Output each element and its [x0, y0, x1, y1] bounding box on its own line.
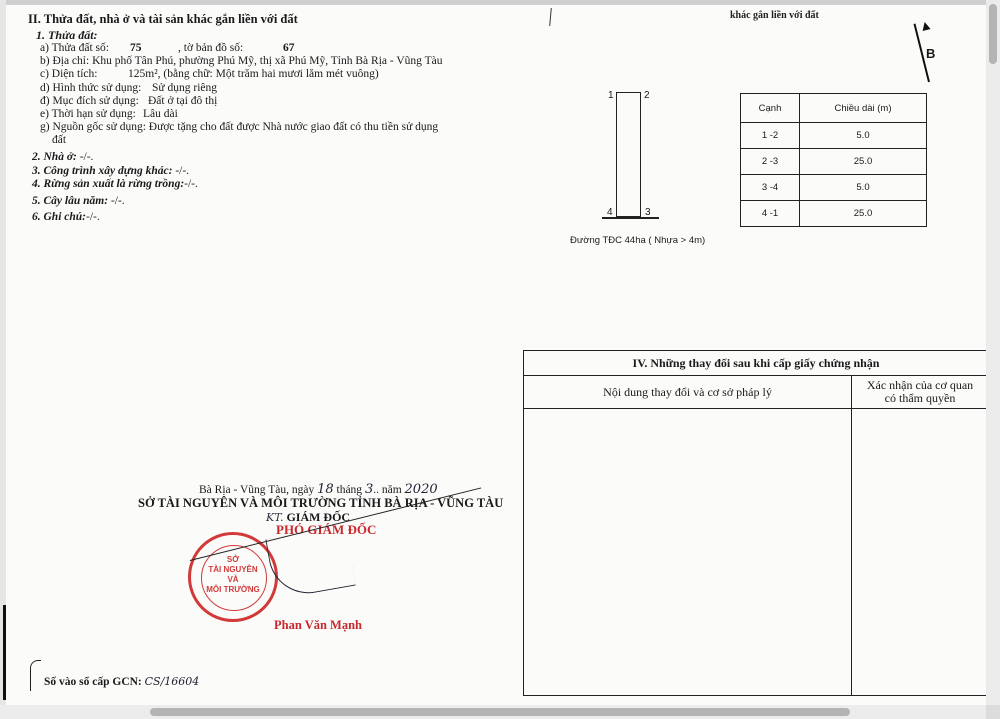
registry-label: Số vào sổ cấp GCN: [44, 676, 142, 688]
top-text-fragment: khác gắn liền với đất [730, 10, 819, 21]
handwritten-signature [265, 525, 355, 599]
parcel-heading: 1. Thửa đất: [36, 28, 98, 43]
parcel-number-line: a) Thửa đất số: 75 , tờ bản đồ số: 67 [40, 42, 109, 54]
stamp-line-4: MÔI TRƯỜNG [191, 585, 275, 595]
usage-origin-line: g) Nguồn gốc sử dụng: Được tặng cho đất … [40, 121, 438, 133]
handwritten-mark-icon [30, 660, 41, 691]
item-house-label: 2. Nhà ở: [32, 151, 77, 163]
official-red-stamp: SỞ TÀI NGUYÊN VÀ MÔI TRƯỜNG [188, 532, 278, 622]
road-label: Đường TĐC 44ha ( Nhựa > 4m) [570, 235, 705, 246]
authority-header-line-2: có thẩm quyền [853, 392, 986, 405]
changes-table: IV. Những thay đổi sau khi cấp giấy chứn… [523, 350, 986, 696]
usage-purpose-label: đ) Mục đích sử dụng: [40, 95, 139, 107]
item-perennial-trees: 5. Cây lâu năm: -/-. [32, 195, 125, 207]
section-title: II. Thửa đất, nhà ở và tài sản khác gắn … [28, 12, 298, 27]
length-cell: 5.0 [800, 123, 927, 149]
table-row: 3 -4 5.0 [741, 175, 927, 201]
point-2: 2 [644, 90, 650, 101]
point-4: 4 [607, 207, 613, 218]
parcel-number-label: a) Thửa đất số: [40, 42, 109, 54]
edge-cell: 2 -3 [741, 149, 800, 175]
date-month: 3 [365, 482, 373, 497]
table-row: 2 -3 25.0 [741, 149, 927, 175]
horizontal-scroll-thumb[interactable] [150, 708, 850, 716]
change-content-header: Nội dung thay đổi và cơ sở pháp lý [524, 376, 852, 409]
place-date: Bà Rịa - Vũng Tàu, ngày 18 tháng 3.. năm… [199, 482, 438, 497]
edge-length-table: Cạnh Chiều dài (m) 1 -2 5.0 2 -3 25.0 3 … [740, 93, 927, 227]
north-arrowhead-icon: ▲ [917, 18, 934, 37]
month-label: tháng [337, 484, 363, 496]
usage-form-label: d) Hình thức sử dụng: [40, 82, 141, 94]
usage-origin-label: g) Nguồn gốc sử dụng: [40, 121, 146, 133]
year-label: năm [382, 484, 402, 496]
length-cell: 25.0 [800, 201, 927, 227]
left-edge-shade [0, 0, 6, 705]
stamp-line-3: VÀ [191, 575, 275, 585]
registry-number: Số vào sổ cấp GCN: CS/16604 [44, 675, 199, 688]
item-production-forest-value: -/-. [184, 178, 198, 190]
signer-name: Phan Văn Mạnh [274, 618, 362, 633]
length-cell: 25.0 [800, 149, 927, 175]
item-notes-label: 6. Ghi chú: [32, 211, 86, 223]
usage-term-line: e) Thời hạn sử dụng: Lâu dài [40, 108, 136, 120]
item-production-forest-label: 4. Rừng sản xuất là rừng trồng: [32, 178, 184, 190]
point-1: 1 [608, 90, 614, 101]
date-day: 18 [317, 482, 334, 497]
length-cell: 5.0 [800, 175, 927, 201]
area-line: c) Diện tích: 125m², (bằng chữ: Một trăm… [40, 68, 97, 80]
address-line: b) Địa chỉ: Khu phố Tân Phú, phường Phú … [40, 55, 442, 67]
changes-table-title: IV. Những thay đổi sau khi cấp giấy chứn… [524, 351, 987, 376]
usage-purpose-line: đ) Mục đích sử dụng: Đất ở tại đô thị [40, 95, 139, 107]
address-value: Khu phố Tân Phú, phường Phú Mỹ, thị xã P… [92, 55, 442, 67]
top-edge-shade [0, 0, 986, 5]
point-3: 3 [645, 207, 651, 218]
table-row: 1 -2 5.0 [741, 123, 927, 149]
north-label: B [926, 46, 935, 61]
page-edge-mark [3, 605, 6, 700]
scrollbar-corner [986, 705, 1000, 719]
vertical-scrollbar[interactable] [986, 0, 1000, 705]
item-other-construction-label: 3. Công trình xây dựng khác: [32, 165, 172, 177]
usage-form-line: d) Hình thức sử dụng: Sử dụng riêng [40, 82, 141, 94]
item-other-construction-value: -/-. [172, 165, 189, 177]
edge-cell: 4 -1 [741, 201, 800, 227]
usage-origin-cont: đất [52, 134, 66, 146]
usage-form-value: Sử dụng riêng [152, 82, 217, 94]
place-prefix: Bà Rịa - Vũng Tàu, ngày [199, 484, 314, 496]
issuing-agency: SỞ TÀI NGUYÊN VÀ MÔI TRƯỜNG TỈNH BÀ RỊA … [138, 496, 503, 511]
item-notes: 6. Ghi chú:-/-. [32, 211, 100, 223]
length-col-header: Chiều dài (m) [800, 94, 927, 123]
edge-col-header: Cạnh [741, 94, 800, 123]
document-viewport: II. Thửa đất, nhà ở và tài sản khác gắn … [0, 0, 986, 705]
usage-term-label: e) Thời hạn sử dụng: [40, 108, 136, 120]
registry-value: CS/16604 [145, 675, 200, 688]
item-production-forest: 4. Rừng sản xuất là rừng trồng:-/-. [32, 178, 198, 190]
usage-origin-value: Được tặng cho đất được Nhà nước giao đất… [149, 121, 438, 133]
item-house-value: -/-. [77, 151, 94, 163]
edge-table-header: Cạnh Chiều dài (m) [741, 94, 927, 123]
stamp-line-2: TÀI NGUYÊN [191, 565, 275, 575]
fold-mark [549, 8, 552, 26]
item-house: 2. Nhà ở: -/-. [32, 151, 93, 163]
vertical-scroll-thumb[interactable] [989, 4, 997, 64]
change-content-cell [524, 409, 852, 696]
authority-confirm-header: Xác nhận của cơ quan có thẩm quyền [852, 376, 987, 409]
edge-cell: 1 -2 [741, 123, 800, 149]
area-value: 125m², (bằng chữ: Một trăm hai mươi lăm … [128, 68, 379, 80]
authority-confirm-cell [852, 409, 987, 696]
item-perennial-trees-value: -/-. [108, 195, 125, 207]
table-row: 4 -1 25.0 [741, 201, 927, 227]
item-notes-value: -/-. [86, 211, 100, 223]
address-label: b) Địa chỉ: [40, 55, 89, 67]
parcel-number-value: 75 [130, 42, 142, 54]
stamp-text: SỞ TÀI NGUYÊN VÀ MÔI TRƯỜNG [191, 555, 275, 595]
edge-cell: 3 -4 [741, 175, 800, 201]
area-label: c) Diện tích: [40, 68, 97, 80]
map-sheet-label: , tờ bản đồ số: [178, 42, 243, 54]
usage-term-value: Lâu dài [143, 108, 178, 120]
map-sheet-value: 67 [283, 42, 295, 54]
horizontal-scrollbar[interactable] [0, 705, 1000, 719]
item-perennial-trees-label: 5. Cây lâu năm: [32, 195, 108, 207]
date-year: 2020 [405, 482, 438, 497]
item-other-construction: 3. Công trình xây dựng khác: -/-. [32, 165, 189, 177]
parcel-diagram [616, 92, 641, 217]
usage-purpose-value: Đất ở tại đô thị [148, 95, 217, 107]
